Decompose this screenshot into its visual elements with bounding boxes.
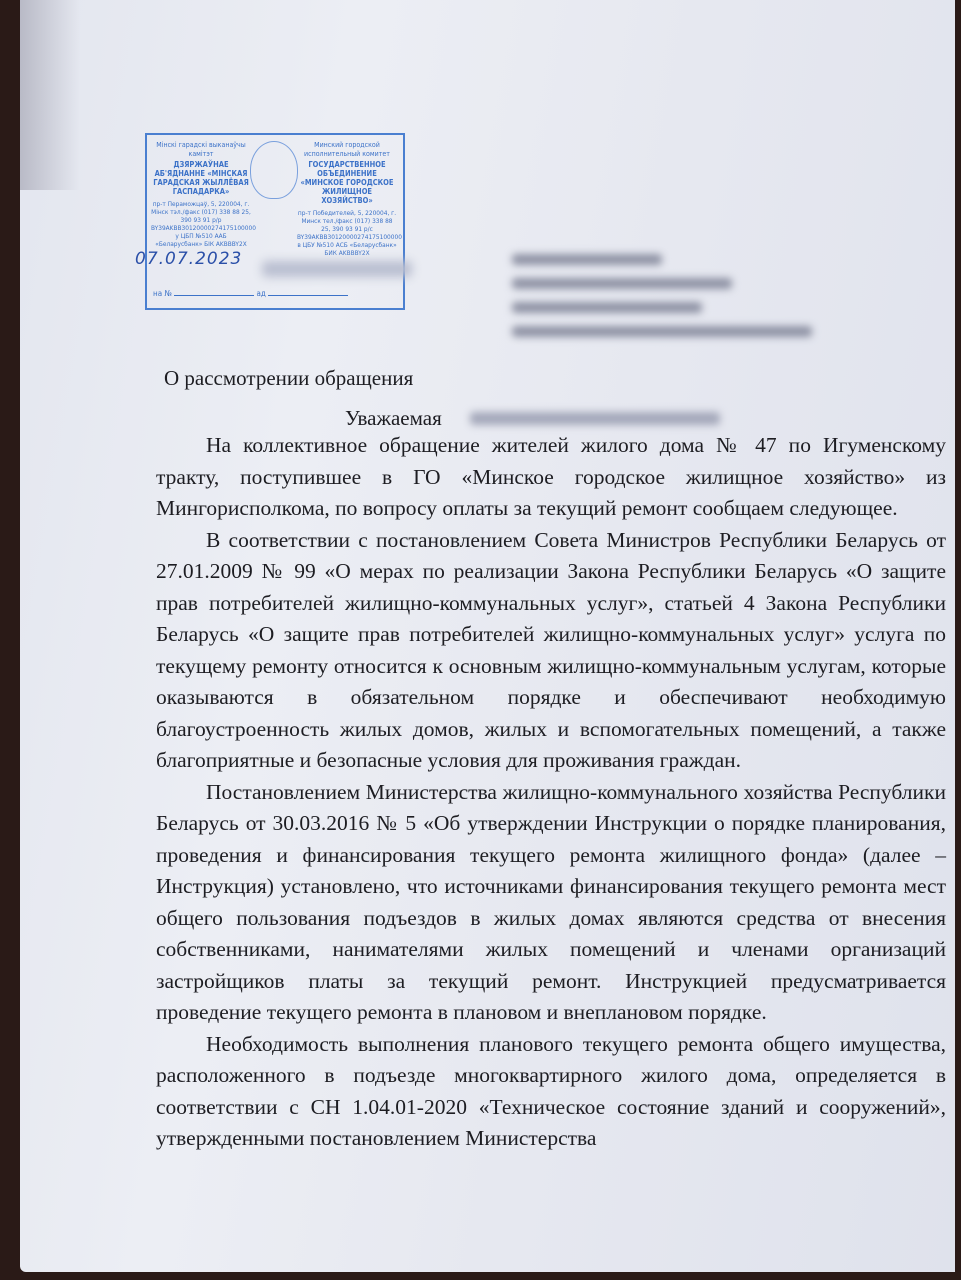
- registration-stamp: Мінскі гарадскі выканаўчы камітэт ДЗЯРЖА…: [145, 133, 405, 310]
- stamp-na-no-field: [174, 287, 254, 296]
- letter-body: На коллективное обращение жителей жилого…: [156, 430, 946, 1155]
- body-paragraph: Необходимость выполнения планового текущ…: [156, 1029, 946, 1155]
- redacted-line: [512, 278, 732, 289]
- redacted-line: [512, 302, 702, 313]
- stamp-right-address: пр-т Победителей, 5, 220004, г. Минск те…: [297, 209, 397, 257]
- redacted-line: [512, 326, 812, 337]
- body-paragraph: На коллективное обращение жителей жилого…: [156, 430, 946, 525]
- stamp-left-address: пр-т Пераможцаў, 5, 220004, г. Мінск тэл…: [151, 200, 251, 248]
- state-emblem-icon: [250, 141, 298, 199]
- body-paragraph: Постановлением Министерства жилищно-комм…: [156, 777, 946, 1029]
- stamp-right-org: ГОСУДАРСТВЕННОЕ ОБЪЕДИНЕНИЕ «МИНСКОЕ ГОР…: [297, 160, 397, 205]
- stamp-right-authority: Минский городской исполнительный комитет: [297, 141, 397, 158]
- letter-salutation: Уважаемая: [345, 406, 442, 431]
- stamp-na-no-label: на №: [153, 289, 172, 298]
- letter-subject: О рассмотрении обращения: [164, 366, 413, 391]
- stamp-ad-label: ад: [256, 289, 265, 298]
- body-paragraph: В соответствии с постановлением Совета М…: [156, 525, 946, 777]
- stamp-right-column: Минский городской исполнительный комитет…: [297, 141, 397, 257]
- redacted-registration-number: [262, 261, 412, 277]
- redacted-line: [512, 254, 662, 265]
- stamp-left-org: ДЗЯРЖАЎНАЕ АБ'ЯДНАННЕ «МІНСКАЯ ГАРАДСКАЯ…: [151, 160, 251, 196]
- stamp-reference-line: на № ад: [153, 287, 393, 299]
- stamp-left-authority: Мінскі гарадскі выканаўчы камітэт: [151, 141, 251, 158]
- stamp-left-column: Мінскі гарадскі выканаўчы камітэт ДЗЯРЖА…: [151, 141, 251, 248]
- stamp-date: 07.07.2023: [135, 255, 242, 264]
- redacted-recipient-block: [512, 254, 812, 350]
- paper-fold-shadow: [20, 0, 80, 190]
- stamp-ad-field: [268, 287, 348, 296]
- redacted-addressee-name: [470, 412, 720, 425]
